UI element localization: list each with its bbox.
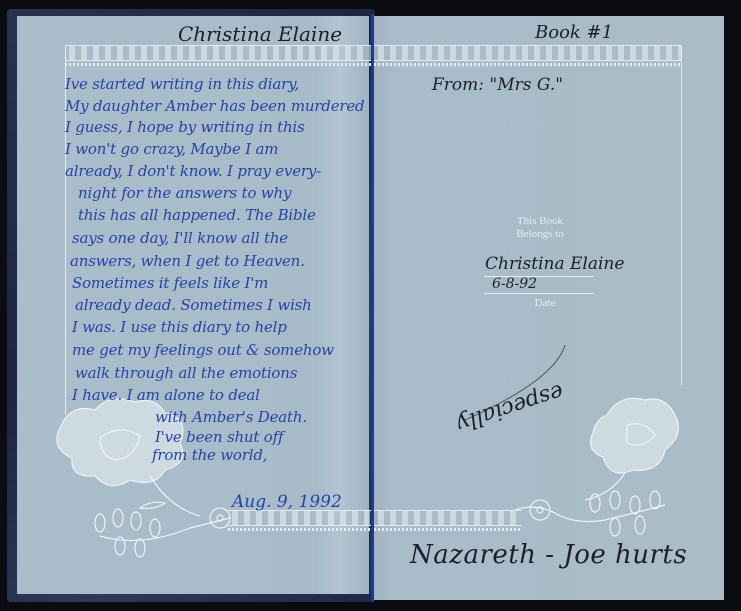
- bottom-dot-row-left: [228, 528, 371, 531]
- diary-line: night for the answers to why: [78, 184, 291, 202]
- diary-line: I've been shut off: [155, 428, 283, 446]
- diary-line: answers, when I get to Heaven.: [70, 252, 305, 270]
- bottom-ornament-band-left: [228, 510, 371, 526]
- top-dot-row-right: [374, 63, 681, 66]
- diary-line: My daughter Amber has been murdered: [65, 97, 364, 115]
- diary-line: already dead. Sometimes I wish: [75, 296, 312, 314]
- diary-line: I was. I use this diary to help: [72, 318, 287, 336]
- bottom-dot-row-right: [374, 528, 522, 531]
- diary-line: I won't go crazy, Maybe I am: [65, 140, 278, 158]
- diary-line: I guess, I hope by writing in this: [65, 118, 305, 136]
- top-dot-row-left: [65, 63, 371, 66]
- owner-date: 6-8-92: [492, 276, 537, 292]
- date-underline: [484, 293, 594, 294]
- book-number-label: Book #1: [535, 22, 613, 43]
- owner-name-header: Christina Elaine: [178, 22, 342, 46]
- diary-line: walk through all the emotions: [75, 364, 297, 382]
- diary-line: says one day, I'll know all the: [72, 229, 288, 247]
- printed-belongs-to: Belongs to: [500, 228, 580, 240]
- printed-this-book: This Book: [500, 215, 580, 227]
- diary-line: Ive started writing in this diary,: [65, 75, 299, 93]
- top-ornament-band-right: [374, 45, 681, 61]
- bottom-ornament-band-right: [374, 510, 522, 526]
- diary-line: me get my feelings out & somehow: [72, 341, 334, 359]
- diary-line: Sometimes it feels like I'm: [72, 274, 268, 292]
- entry-date: Aug. 9, 1992: [232, 492, 342, 512]
- bottom-note: Nazareth - Joe hurts: [410, 540, 687, 570]
- diary-line: this has all happened. The Bible: [78, 206, 316, 224]
- right-frame-line: [681, 45, 682, 385]
- diary-line: I have. I am alone to deal: [72, 386, 260, 404]
- printed-date-label: Date: [515, 297, 575, 309]
- diary-line: already, I don't know. I pray every-: [65, 162, 321, 180]
- top-ornament-band-left: [65, 45, 371, 61]
- owner-name: Christina Elaine: [485, 254, 624, 274]
- diary-line: from the world,: [152, 446, 267, 464]
- diary-line: with Amber's Death.: [155, 408, 307, 426]
- gift-from-note: From: "Mrs G.": [432, 75, 563, 95]
